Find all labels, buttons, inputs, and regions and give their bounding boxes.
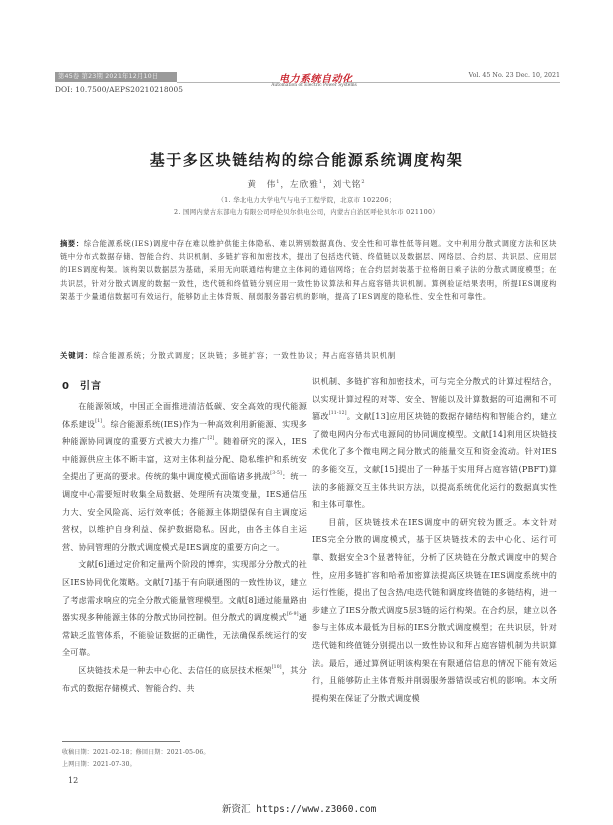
keywords-label: 关键词：	[60, 351, 93, 360]
footnote-online-date: 上网日期：2021-07-30。	[62, 759, 136, 768]
author-affil-mark: 2	[361, 179, 365, 185]
body-text: ：统一调度中心需要短时收集全局数据、处理所有决策变量，IES通信压力大、安全风险…	[62, 471, 307, 551]
body-text: 区块链技术是一种去中心化、去信任的底层技术框架	[78, 665, 272, 675]
body-column-left: 在能源领域，中国正全面推进清洁低碳、安全高效的现代能源体系建设[1]。综合能源系…	[62, 398, 307, 697]
affiliation-2: 2. 国网内蒙古东部电力有限公司呼伦贝尔供电公司，内蒙古自治区呼伦贝尔市 021…	[0, 207, 613, 216]
author-name: 左欣雅	[290, 180, 319, 190]
author-list: 黄 伟1，左欣雅1，刘弋铭2	[0, 178, 613, 190]
abstract: 摘要：综合能源系统(IES)调度中存在难以维护供能主体隐私、难以辨别数据真伪、安…	[60, 237, 557, 303]
watermark-text: 新资汇 https://www.z3060.com	[222, 801, 376, 815]
affiliation-1: （1. 华北电力大学电气与电子工程学院，北京市 102206；	[0, 195, 613, 204]
header-divider-right	[345, 82, 560, 83]
body-paragraph: 目前，区块链技术在IES调度中的研究较为匮乏。本文针对IES完全分散的调度模式，…	[312, 514, 557, 708]
page-number: 12	[68, 776, 78, 785]
author-name: 刘弋铭	[333, 180, 362, 190]
citation-link[interactable]: [6-9]	[287, 612, 299, 617]
section-title-text: 引言	[80, 381, 102, 392]
footnote-divider	[62, 741, 180, 742]
abstract-label: 摘要：	[60, 239, 84, 248]
body-paragraph: 在能源领域，中国正全面推进清洁低碳、安全高效的现代能源体系建设[1]。综合能源系…	[62, 398, 307, 556]
abstract-text: 综合能源系统(IES)调度中存在难以维护供能主体隐私、难以辨别数据真伪、安全性和…	[60, 239, 557, 301]
citation-link[interactable]: [11-12]	[329, 411, 347, 416]
section-number: 0	[62, 381, 70, 392]
paper-title: 基于多区块链结构的综合能源系统调度构架	[0, 149, 613, 170]
citation-link[interactable]: [3-5]	[270, 471, 282, 476]
body-paragraph: 文献[6]通过定价和定量两个阶段的博弈，实现部分分散式的社区IES协同优化策略。…	[62, 556, 307, 662]
keywords: 关键词：综合能源系统；分散式调度；区块链；多链扩容；一致性协议；拜占庭容错共识机…	[60, 351, 557, 361]
body-paragraph: 区块链技术是一种去中心化、去信任的底层技术框架[10]，其分布式的数据存储模式、…	[62, 662, 307, 697]
keywords-text: 综合能源系统；分散式调度；区块链；多链扩容；一致性协议；拜占庭容错共识机制	[93, 351, 396, 360]
citation-link[interactable]: [10]	[272, 665, 282, 670]
body-paragraph: 识机制、多链扩容和加密技术，可与完全分散式的计算过程结合，以实现计算过程的对等、…	[312, 373, 557, 514]
author-separator: ，	[280, 180, 290, 190]
journal-header: 第45卷 第23期 2021年12月10日 电力系统自动化 Automation…	[55, 70, 560, 102]
doi-link[interactable]: DOI: 10.7500/AEPS20210218005	[55, 85, 183, 94]
author-name: 黄 伟	[247, 180, 276, 190]
body-column-right: 识机制、多链扩容和加密技术，可与完全分散式的计算过程结合，以实现计算过程的对等、…	[312, 373, 557, 707]
body-text: 文献[6]通过定价和定量两个阶段的博弈，实现部分分散式的社区IES协同优化策略。…	[62, 559, 307, 622]
header-divider-left	[177, 82, 280, 83]
author-separator: ，	[323, 180, 333, 190]
issue-badge: 第45卷 第23期 2021年12月10日	[55, 72, 177, 82]
journal-logo-en: Automation of Electric Power Systems	[268, 83, 360, 88]
section-heading: 0引言	[62, 377, 102, 392]
volume-info: Vol. 45 No. 23 Dec. 10, 2021	[469, 72, 560, 79]
footnote-received-date: 收稿日期：2021-02-18；修回日期：2021-05-06。	[62, 747, 210, 756]
body-text: 。文献[13]应用区块链的数据存储结构和智能合约，建立了微电网内分布式电源间的协…	[312, 411, 557, 509]
